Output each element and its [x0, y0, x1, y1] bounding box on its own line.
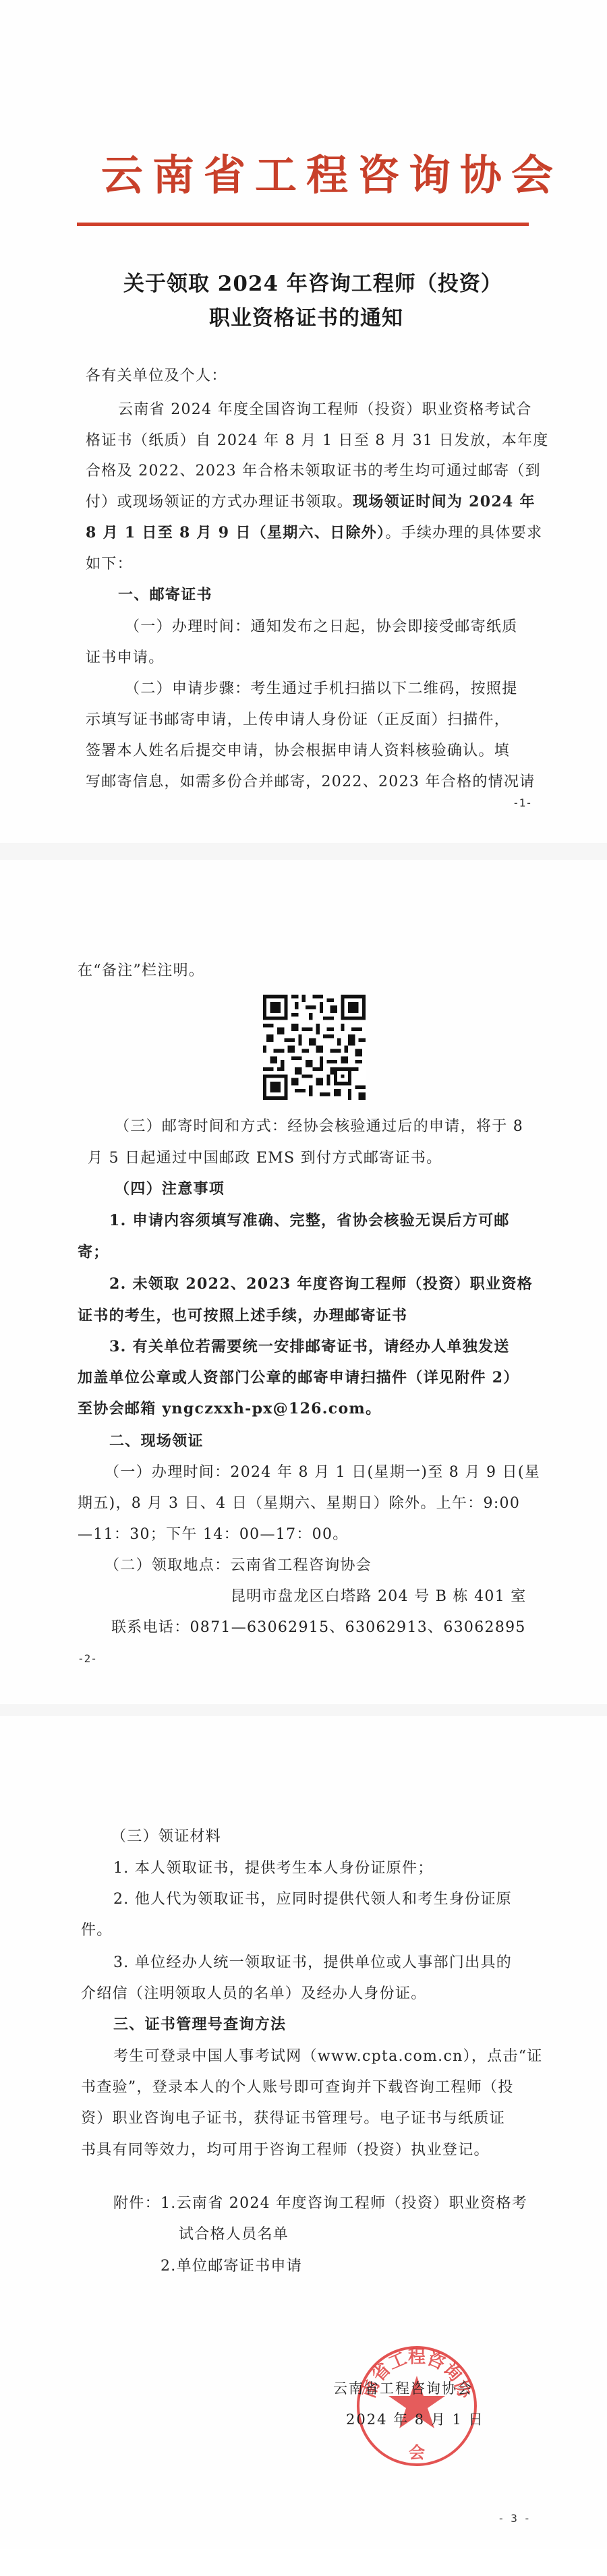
section2-item2-line: （二）领取地点：云南省工程咨询协会 [105, 1554, 372, 1575]
section3-line: 书查验”，登录本人的个人账号即可查询并下载咨询工程师（投 [81, 2076, 514, 2097]
intro-line: 合格及 2022、2023 年合格未领取证书的考生均可通过邮寄（到 [86, 459, 541, 480]
section2-phone: 联系电话：0871—63062915、63062913、63062895 [111, 1616, 526, 1637]
intro-line: 云南省 2024 年度全国咨询工程师（投资）职业资格考试合 [118, 398, 532, 419]
section2-item1-line: （一）办理时间：2024 年 8 月 1 日(星期一)至 8 月 9 日(星 [105, 1461, 540, 1482]
material-line: 3. 单位经办人统一领取证书，提供单位或人事部门出具的 [113, 1951, 512, 1972]
section1-item2-line: 写邮寄信息，如需多份合并邮寄，2022、2023 年合格的情况请 [86, 770, 536, 791]
attachment-item: 试合格人员名单 [179, 2223, 289, 2244]
intro-line: 如下： [86, 552, 133, 573]
document-title-line2: 职业资格证书的通知 [209, 301, 403, 331]
section3-line: 书具有同等效力，均可用于咨询工程师（投资）执业登记。 [81, 2138, 490, 2159]
section2-address: 昆明市盘龙区白塔路 204 号 B 栋 401 室 [231, 1585, 527, 1606]
note-line: 1. 申请内容须填写准确、完整，省协会核验无误后方可邮 [109, 1209, 510, 1230]
section1-item1-line: （一）办理时间：通知发布之日起，协会即接受邮寄纸质 [125, 615, 518, 636]
page-number: -2- [78, 1652, 97, 1665]
section1-item3-line: 月 5 日起通过中国邮政 EMS 到付方式邮寄证书。 [88, 1146, 442, 1167]
section3-line: 考生可登录中国人事考试网（www.cpta.com.cn），点击“证 [113, 2045, 543, 2066]
salutation: 各有关单位及个人： [86, 364, 227, 385]
section3-heading: 三、证书管理号查询方法 [113, 2013, 286, 2034]
letterhead-red-rule [77, 223, 529, 226]
section1-item4-heading: （四）注意事项 [115, 1177, 225, 1198]
section1-item2-line: 在“备注”栏注明。 [78, 959, 204, 980]
page-gap [0, 843, 607, 860]
page-number: -1- [513, 796, 532, 809]
section2-item1-line: 期五)，8 月 3 日、4 日（星期六、星期日）除外。上午：9:00 [78, 1492, 520, 1513]
page-number: - 3 - [498, 2512, 530, 2525]
attachment-item: 2.单位邮寄证书申请 [161, 2254, 302, 2275]
section1-item2-line: （二）申请步骤：考生通过手机扫描以下二维码，按照提 [125, 677, 518, 698]
signature-date: 2024 年 8 月 1 日 [346, 2409, 484, 2429]
section3-line: 资）职业咨询电子证书，获得证书管理号。电子证书与纸质证 [81, 2107, 505, 2128]
section1-item2-line: 签署本人姓名后提交申请，协会根据申请人资料核验确认。填 [86, 739, 510, 760]
attachment-item: 1.云南省 2024 年度咨询工程师（投资）职业资格考 [161, 2192, 527, 2213]
section2-item3-heading: （三）领证材料 [111, 1825, 221, 1846]
official-seal: 南省工程咨询协 会 [355, 2345, 478, 2467]
svg-text:会: 会 [409, 2442, 425, 2462]
section2-item1-line: —11：30；下午 14：00—17：00。 [78, 1523, 349, 1544]
document-title-line1: 关于领取 2024 年咨询工程师（投资） [123, 266, 502, 297]
note-line: 加盖单位公章或人资部门公章的邮寄申请扫描件（详见附件 2） [78, 1366, 519, 1387]
note-line: 2. 未领取 2022、2023 年度咨询工程师（投资）职业资格 [109, 1272, 533, 1293]
material-line: 1. 本人领取证书，提供考生本人身份证原件； [113, 1856, 434, 1877]
material-line: 件。 [81, 1919, 113, 1939]
section2-heading: 二、现场领证 [109, 1430, 204, 1451]
page-gap [0, 1704, 607, 1716]
page-3 [0, 1716, 607, 2549]
letterhead-org-name: 云南省工程咨询协会 [101, 142, 562, 202]
intro-emphasis: 8 月 1 日至 8 月 9 日（星期六、日除外） [86, 524, 385, 541]
signer-org: 云南省工程咨询协会 [333, 2378, 473, 2398]
intro-emphasis: 现场领证时间为 2024 年 [353, 493, 536, 510]
note-line: 寄； [78, 1241, 109, 1262]
note-line: 证书的考生，也可按照上述手续，办理邮寄证书 [78, 1304, 407, 1325]
section1-item3-line: （三）邮寄时间和方式：经协会核验通过后的申请，将于 8 [115, 1115, 523, 1136]
section1-heading: 一、邮寄证书 [118, 583, 212, 604]
section1-item1-line: 证书申请。 [86, 646, 165, 667]
qr-code[interactable] [263, 995, 366, 1100]
intro-line: 格证书（纸质）自 2024 年 8 月 1 日至 8 月 31 日发放，本年度 [86, 429, 549, 450]
intro-text: 。手续办理的具体要求 [385, 525, 542, 541]
material-line: 2. 他人代为领取证书，应同时提供代领人和考生身份证原 [113, 1887, 512, 1908]
note-line: 至协会邮箱 yngczxxh-px@126.com。 [78, 1397, 381, 1418]
intro-line: 8 月 1 日至 8 月 9 日（星期六、日除外）。手续办理的具体要求 [86, 521, 542, 542]
intro-text: 付）或现场领证的方式办理证书领取。 [86, 494, 353, 510]
intro-line: 付）或现场领证的方式办理证书领取。现场领证时间为 2024 年 [86, 490, 536, 511]
note-line: 3. 有关单位若需要统一安排邮寄证书，请经办人单独发送 [109, 1335, 510, 1356]
section1-item2-line: 示填写证书邮寄申请，上传申请人身份证（正反面）扫描件， [86, 708, 510, 729]
material-line: 介绍信（注明领取人员的名单）及经办人身份证。 [81, 1982, 427, 2003]
attachments-label: 附件： [113, 2192, 161, 2213]
